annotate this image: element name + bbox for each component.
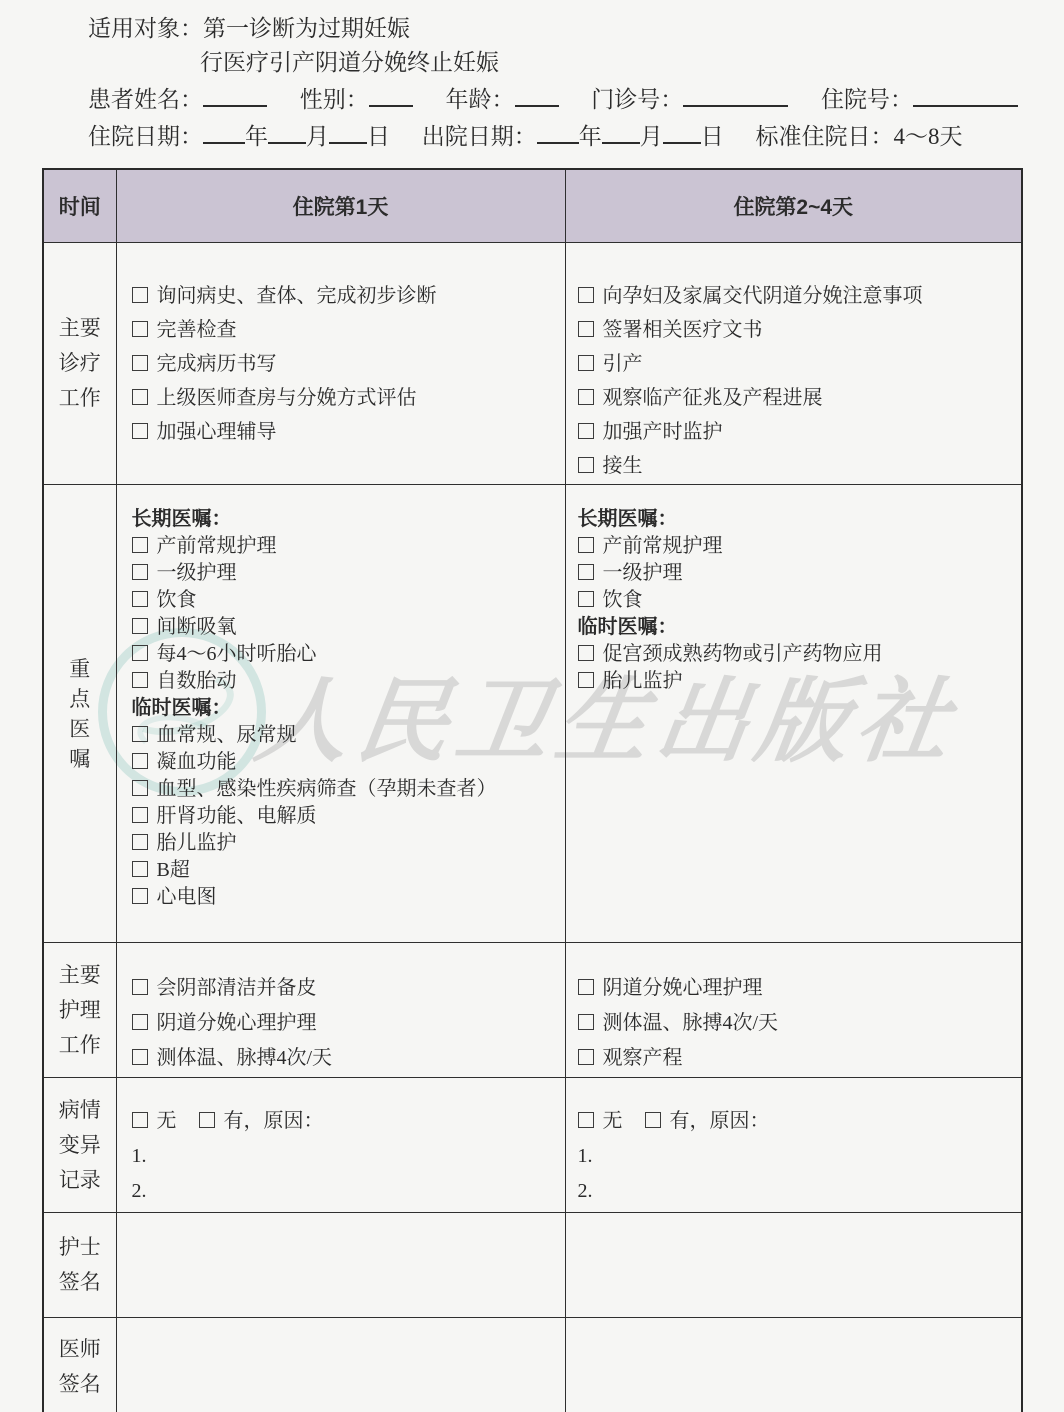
procedure-line: 行医疗引产阴道分娩终止妊娠 — [200, 46, 988, 80]
checkbox-icon — [132, 1049, 148, 1065]
admit-month-blank — [268, 122, 306, 144]
checkbox-item: 完成病历书写 — [132, 347, 559, 381]
row-label: 护士签名 — [43, 1213, 116, 1318]
patient-name-field: 患者姓名： — [88, 83, 267, 117]
patient-info-line: 患者姓名： 性别： 年龄： 门诊号： 住院号： — [88, 83, 988, 117]
table-row: 主要诊疗工作询问病史、查体、完成初步诊断完善检查完成病历书写上级医师查房与分娩方… — [43, 243, 1022, 485]
admit-date-field: 住院日期：年月日 — [88, 124, 390, 149]
checkbox-icon — [578, 389, 594, 405]
checkbox-item: 阴道分娩心理护理 — [132, 1006, 559, 1041]
checkbox-item: 每4～6小时听胎心 — [132, 641, 559, 668]
checkbox-item: 一级护理 — [578, 560, 1016, 587]
checkbox-item: 加强产时监护 — [578, 415, 1016, 449]
checkbox-icon — [578, 645, 594, 661]
checkbox-item: 完善检查 — [132, 313, 559, 347]
checkbox-item: 间断吸氧 — [132, 614, 559, 641]
checkbox-item: 饮食 — [578, 587, 1016, 614]
checkbox-icon — [578, 457, 594, 473]
row-label: 主要诊疗工作 — [43, 243, 116, 485]
checkbox-icon — [132, 726, 148, 742]
checkbox-item: 饮食 — [132, 587, 559, 614]
cell — [116, 1318, 565, 1412]
orders-heading: 临时医嘱： — [132, 695, 559, 722]
checkbox-item: 心电图 — [132, 884, 559, 911]
checkbox-icon — [578, 423, 594, 439]
checkbox-item: 上级医师查房与分娩方式评估 — [132, 381, 559, 415]
cell — [116, 1213, 565, 1318]
checkbox-icon — [132, 861, 148, 877]
checkbox-icon — [578, 672, 594, 688]
table-row: 医师签名 — [43, 1318, 1022, 1412]
cell: 询问病史、查体、完成初步诊断完善检查完成病历书写上级医师查房与分娩方式评估加强心… — [116, 243, 565, 485]
table-header-row: 时间住院第1天住院第2~4天 — [43, 169, 1022, 243]
checkbox-item: 观察临产征兆及产程进展 — [578, 381, 1016, 415]
cell: 长期医嘱：产前常规护理一级护理饮食临时医嘱：促宫颈成熟药物或引产药物应用胎儿监护 — [565, 485, 1022, 943]
outpatient-no-field: 门诊号： — [591, 83, 788, 117]
age-field: 年龄： — [446, 83, 559, 117]
checkbox-item: 阴道分娩心理护理 — [578, 971, 1016, 1006]
checkbox-item: 测体温、脉搏4次/天 — [132, 1041, 559, 1076]
numbered-line: 2. — [578, 1174, 1016, 1209]
clinical-pathway-table: 时间住院第1天住院第2~4天 主要诊疗工作询问病史、查体、完成初步诊断完善检查完… — [42, 168, 1023, 1412]
numbered-line: 1. — [578, 1139, 1016, 1174]
checkbox-icon — [578, 591, 594, 607]
checkbox-icon — [132, 591, 148, 607]
variation-options: 无有，原因： — [578, 1104, 1016, 1139]
column-header-1: 住院第1天 — [116, 169, 565, 243]
checkbox-item: 向孕妇及家属交代阴道分娩注意事项 — [578, 279, 1016, 313]
checkbox-icon — [578, 321, 594, 337]
admit-year-blank — [203, 122, 245, 144]
checkbox-icon — [132, 780, 148, 796]
checkbox-item: 询问病史、查体、完成初步诊断 — [132, 279, 559, 313]
checkbox-item: 产前常规护理 — [578, 533, 1016, 560]
table-row: 护士签名 — [43, 1213, 1022, 1318]
checkbox-item: 胎儿监护 — [132, 830, 559, 857]
checkbox-item: 凝血功能 — [132, 749, 559, 776]
orders-heading: 临时医嘱： — [578, 614, 1016, 641]
table-row: 重点医嘱长期医嘱：产前常规护理一级护理饮食间断吸氧每4～6小时听胎心自数胎动临时… — [43, 485, 1022, 943]
checkbox-icon — [132, 321, 148, 337]
discharge-month-blank — [602, 122, 640, 144]
checkbox-icon — [132, 1112, 148, 1128]
numbered-line: 2. — [132, 1174, 559, 1209]
patient-name-blank — [203, 85, 267, 107]
admit-day-blank — [329, 122, 367, 144]
checkbox-icon — [132, 389, 148, 405]
checkbox-item: 促宫颈成熟药物或引产药物应用 — [578, 641, 1016, 668]
checkbox-icon — [132, 287, 148, 303]
standard-stay-label: 标准住院日：4～8天 — [756, 124, 963, 149]
checkbox-icon — [578, 1014, 594, 1030]
discharge-date-field: 出院日期：年月日 — [422, 124, 724, 149]
checkbox-item: 一级护理 — [132, 560, 559, 587]
variation-options: 无有，原因： — [132, 1104, 559, 1139]
checkbox-item: 血常规、尿常规 — [132, 722, 559, 749]
cell — [565, 1213, 1022, 1318]
checkbox-item: 产前常规护理 — [132, 533, 559, 560]
checkbox-icon — [645, 1112, 661, 1128]
column-header-0: 时间 — [43, 169, 116, 243]
checkbox-icon — [132, 355, 148, 371]
document-page: 适用对象：第一诊断为过期妊娠 行医疗引产阴道分娩终止妊娠 患者姓名： 性别： 年… — [0, 0, 1064, 1412]
checkbox-icon — [132, 645, 148, 661]
checkbox-icon — [578, 1049, 594, 1065]
checkbox-icon — [132, 753, 148, 769]
checkbox-item: 测体温、脉搏4次/天 — [578, 1006, 1016, 1041]
table-row: 主要护理工作会阴部清洁并备皮阴道分娩心理护理测体温、脉搏4次/天阴道分娩心理护理… — [43, 943, 1022, 1078]
form-header: 适用对象：第一诊断为过期妊娠 行医疗引产阴道分娩终止妊娠 患者姓名： 性别： 年… — [88, 12, 988, 154]
discharge-year-blank — [537, 122, 579, 144]
cell: 向孕妇及家属交代阴道分娩注意事项签署相关医疗文书引产观察临产征兆及产程进展加强产… — [565, 243, 1022, 485]
checkbox-icon — [132, 834, 148, 850]
age-blank — [515, 85, 559, 107]
row-label: 主要护理工作 — [43, 943, 116, 1078]
checkbox-icon — [578, 355, 594, 371]
dates-line: 住院日期：年月日 出院日期：年月日 标准住院日：4～8天 — [88, 120, 988, 154]
checkbox-icon — [578, 1112, 594, 1128]
checkbox-item: 接生 — [578, 449, 1016, 483]
checkbox-item: 观察产程 — [578, 1041, 1016, 1076]
checkbox-icon — [132, 888, 148, 904]
checkbox-icon — [578, 564, 594, 580]
checkbox-item: 血型、感染性疾病筛查（孕期未查者） — [132, 776, 559, 803]
checkbox-item: 胎儿监护 — [578, 668, 1016, 695]
numbered-line: 1. — [132, 1139, 559, 1174]
checkbox-item: 引产 — [578, 347, 1016, 381]
checkbox-item: 签署相关医疗文书 — [578, 313, 1016, 347]
checkbox-icon — [132, 979, 148, 995]
checkbox-icon — [578, 287, 594, 303]
checkbox-icon — [132, 423, 148, 439]
cell: 会阴部清洁并备皮阴道分娩心理护理测体温、脉搏4次/天 — [116, 943, 565, 1078]
applicable-subject-line: 适用对象：第一诊断为过期妊娠 — [88, 12, 988, 46]
orders-heading: 长期医嘱： — [578, 506, 1016, 533]
table-row: 病情变异记录无有，原因：1.2.无有，原因：1.2. — [43, 1078, 1022, 1213]
orders-heading: 长期医嘱： — [132, 506, 559, 533]
checkbox-icon — [199, 1112, 215, 1128]
checkbox-icon — [578, 537, 594, 553]
inpatient-no-blank — [913, 85, 1018, 107]
outpatient-no-blank — [683, 85, 788, 107]
checkbox-icon — [132, 1014, 148, 1030]
checkbox-icon — [132, 564, 148, 580]
checkbox-icon — [578, 979, 594, 995]
column-header-2: 住院第2~4天 — [565, 169, 1022, 243]
row-label: 医师签名 — [43, 1318, 116, 1412]
row-label: 病情变异记录 — [43, 1078, 116, 1213]
checkbox-icon — [132, 537, 148, 553]
inpatient-no-field: 住院号： — [821, 83, 1018, 117]
checkbox-icon — [132, 618, 148, 634]
checkbox-item: 加强心理辅导 — [132, 415, 559, 449]
row-label: 重点医嘱 — [43, 485, 116, 943]
sex-field: 性别： — [300, 83, 413, 117]
checkbox-item: 自数胎动 — [132, 668, 559, 695]
cell: 长期医嘱：产前常规护理一级护理饮食间断吸氧每4～6小时听胎心自数胎动临时医嘱：血… — [116, 485, 565, 943]
checkbox-item: 肝肾功能、电解质 — [132, 803, 559, 830]
cell: 无有，原因：1.2. — [565, 1078, 1022, 1213]
discharge-day-blank — [663, 122, 701, 144]
sex-blank — [369, 85, 413, 107]
checkbox-item: 会阴部清洁并备皮 — [132, 971, 559, 1006]
checkbox-icon — [132, 807, 148, 823]
cell — [565, 1318, 1022, 1412]
checkbox-item: B超 — [132, 857, 559, 884]
cell: 无有，原因：1.2. — [116, 1078, 565, 1213]
cell: 阴道分娩心理护理测体温、脉搏4次/天观察产程 — [565, 943, 1022, 1078]
checkbox-icon — [132, 672, 148, 688]
